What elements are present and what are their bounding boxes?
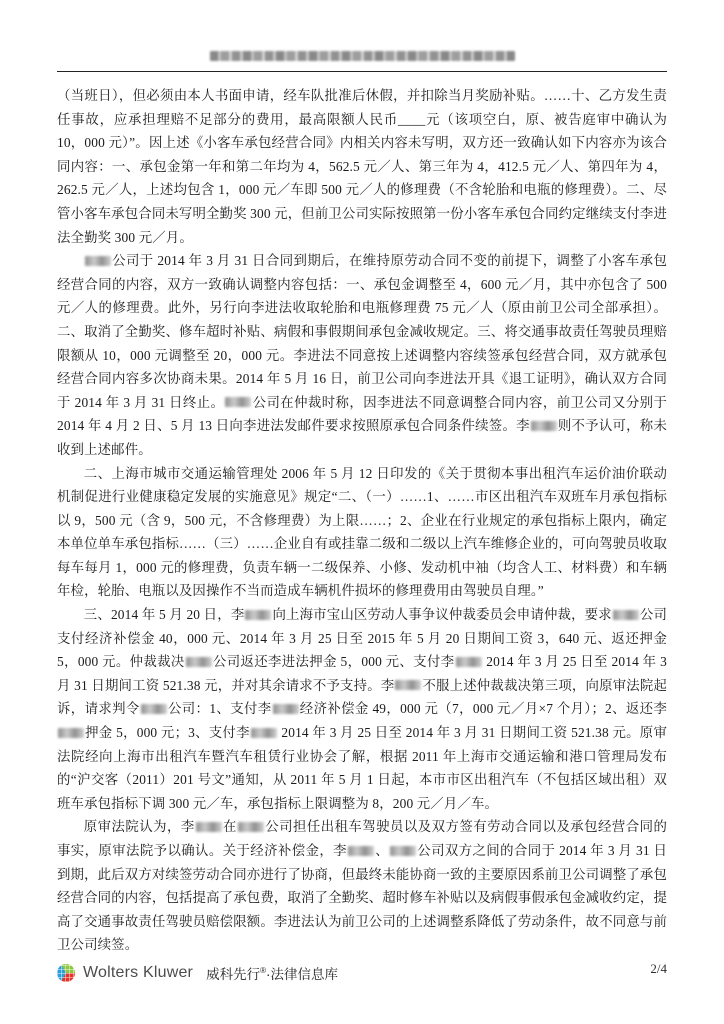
case-title-row <box>0 51 724 61</box>
redacted-text <box>225 397 251 407</box>
redacted-text <box>273 704 299 714</box>
redacted-case-title <box>210 51 515 61</box>
redacted-text <box>238 822 264 832</box>
redacted-text <box>613 610 639 620</box>
paragraph: （当班日），但必须由本人书面申请，经车队批准后休假，并扣除当月奖励补贴。……十、… <box>57 84 667 249</box>
product-suffix: ·法律信息库 <box>266 967 338 982</box>
redacted-text <box>348 846 374 856</box>
redacted-text <box>245 610 271 620</box>
redacted-text <box>456 657 482 667</box>
redacted-text <box>395 680 421 690</box>
redacted-text <box>85 256 111 266</box>
header-divider <box>57 71 667 72</box>
brand-name: Wolters Kluwer <box>83 964 193 982</box>
paragraph: 原审法院认为，李在公司担任出租车驾驶员以及双方签有劳动合同以及承包经营合同的事实… <box>57 815 667 957</box>
redacted-text <box>196 822 222 832</box>
paragraph: 公司于 2014 年 3 月 31 日合同到期后，在维持原劳动合同不变的前提下，… <box>57 249 667 461</box>
footer: Wolters Kluwer 威科先行®·法律信息库 2/4 <box>57 961 667 985</box>
redacted-text <box>186 657 212 667</box>
redacted-text <box>251 728 277 738</box>
redacted-text <box>141 704 167 714</box>
redacted-text <box>58 728 84 738</box>
redacted-text <box>531 421 557 431</box>
redacted-text <box>390 846 416 856</box>
product-name: 威科先行®·法律信息库 <box>206 963 338 983</box>
product-name-cn: 威科先行 <box>206 967 260 982</box>
wolters-kluwer-logo-icon <box>57 964 75 982</box>
paragraph: 三、2014 年 5 月 20 日，李向上海市宝山区劳动人事争议仲裁委员会申请仲… <box>57 603 667 815</box>
page-number: 2/4 <box>650 961 667 977</box>
paragraph: 二、上海市城市交通运输管理处 2006 年 5 月 12 日印发的《关于贯彻本事… <box>57 462 667 604</box>
document-body: （当班日），但必须由本人书面申请，经车队批准后休假，并扣除当月奖励补贴。……十、… <box>57 84 667 957</box>
document-page: （当班日），但必须由本人书面申请，经车队批准后休假，并扣除当月奖励补贴。……十、… <box>0 0 724 1024</box>
